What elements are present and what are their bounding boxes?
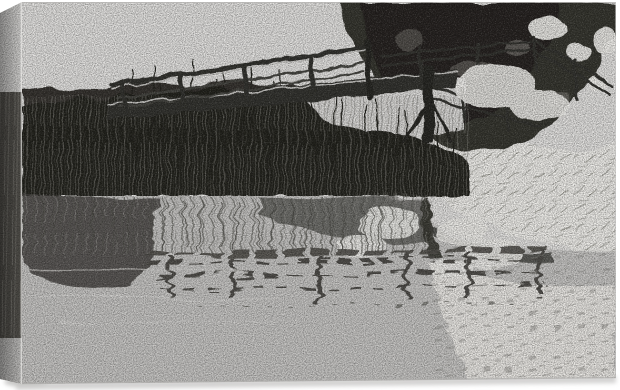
grain-light	[22, 2, 616, 384]
canvas-front-face	[22, 2, 617, 384]
side-shading	[0, 2, 22, 384]
canvas-side-face	[0, 2, 22, 384]
canvas-print-mockup	[0, 0, 620, 390]
sketch-canvas-image	[0, 0, 620, 390]
